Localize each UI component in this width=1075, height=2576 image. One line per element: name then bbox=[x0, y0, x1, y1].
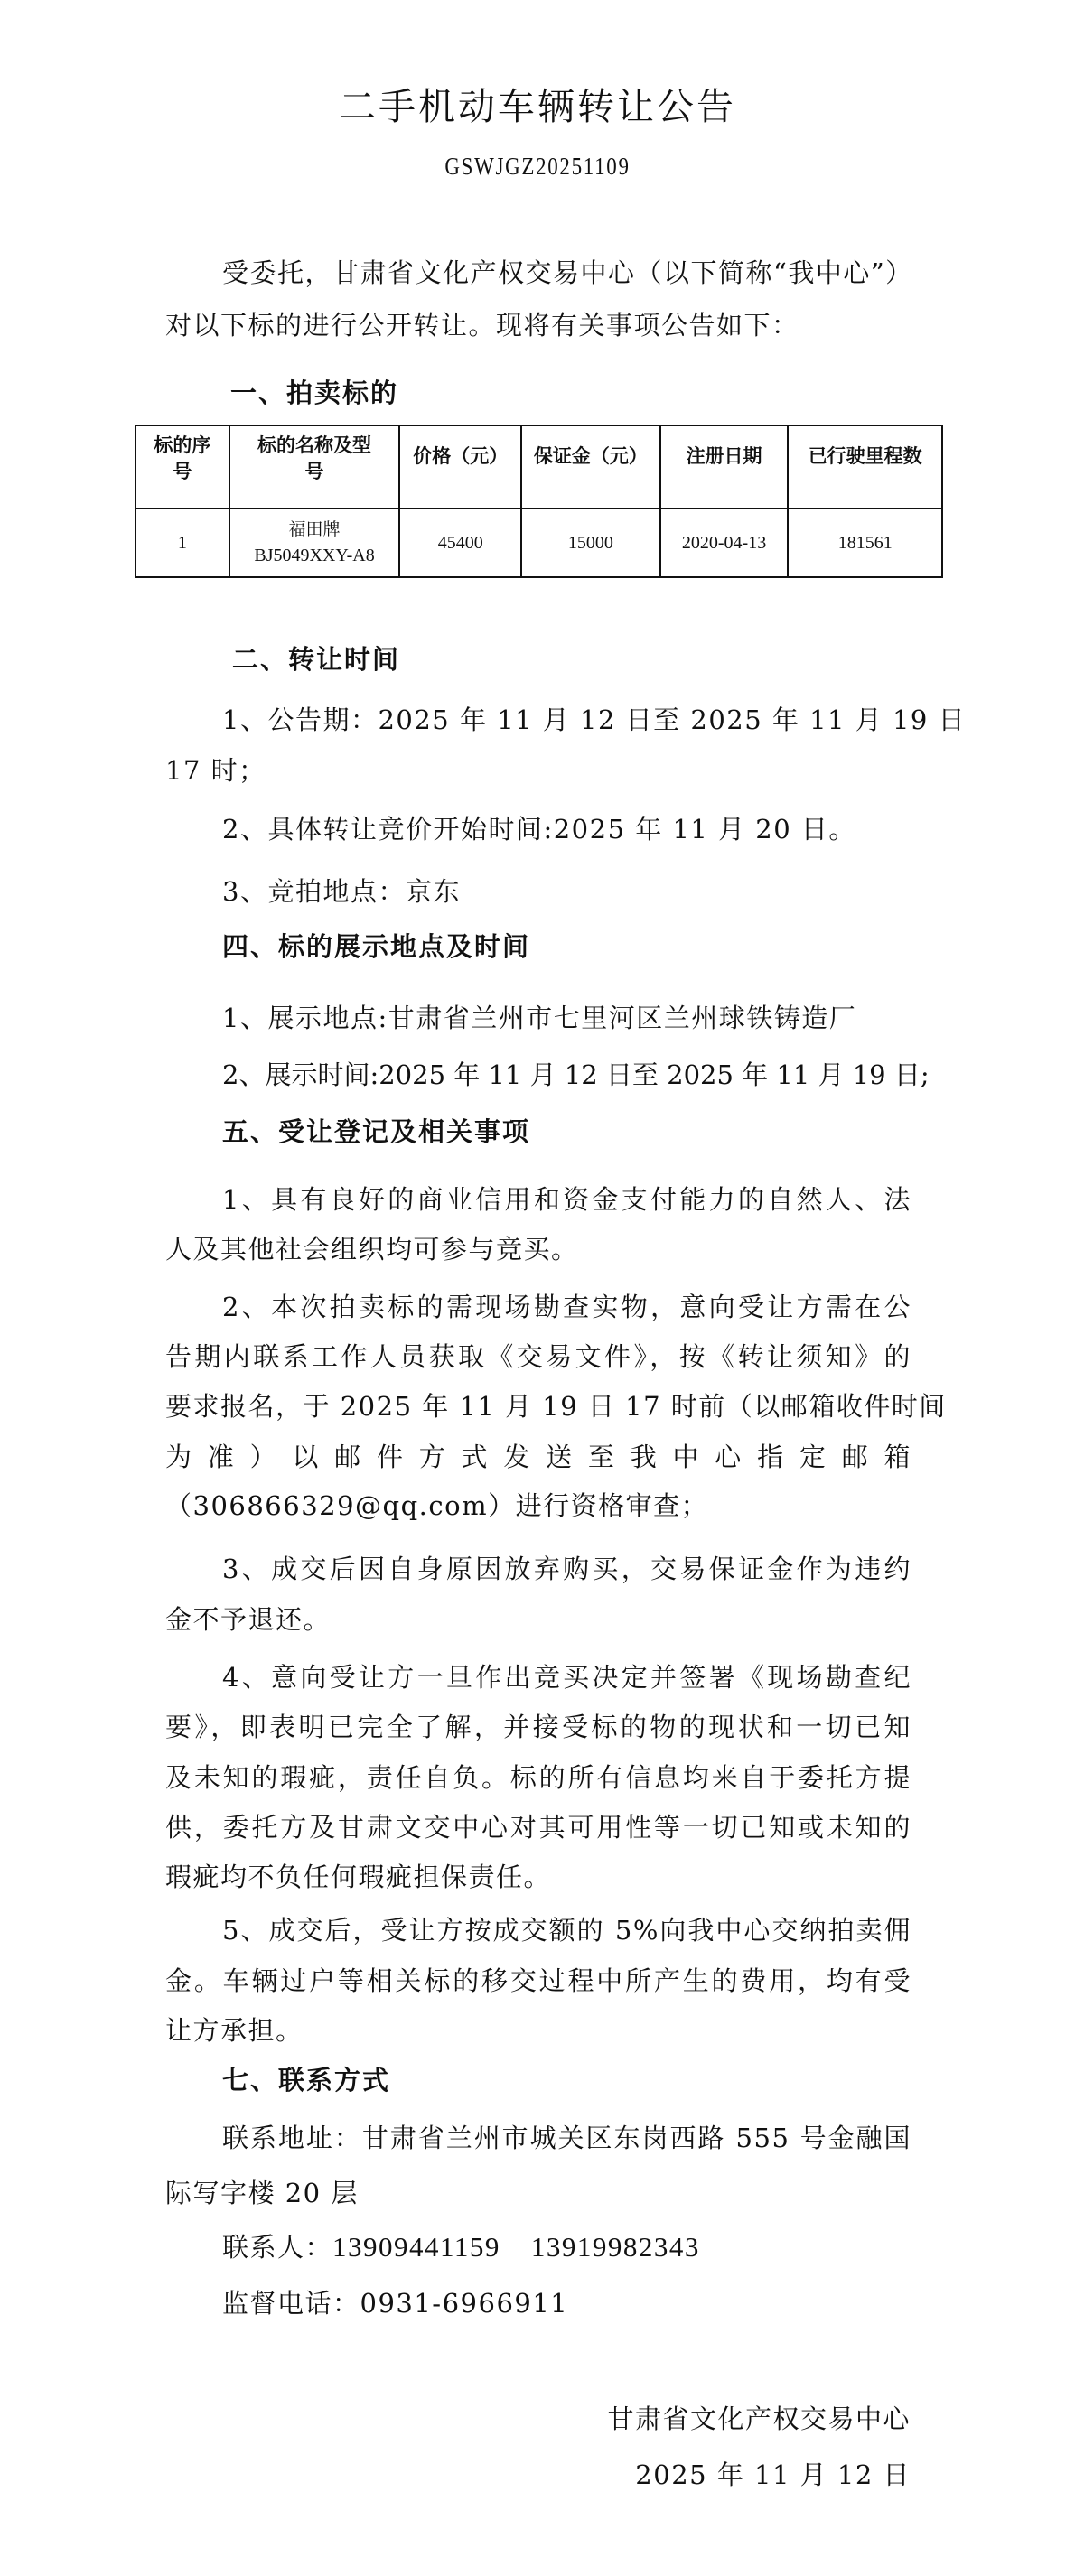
lot-table-header-row: 标的序 号 标的名称及型 号 价格（元） 保证金（元） 注册日期 已行驶里程数 bbox=[136, 425, 942, 509]
signature-date: 2025 年 11 月 12 日 bbox=[635, 2459, 911, 2491]
contact-phone-2[interactable]: 13919982343 bbox=[531, 2231, 700, 2263]
table-row: 1 福田牌 BJ5049XXY-A8 45400 15000 2020-04-1… bbox=[136, 509, 942, 577]
registration-item-3-line-2: 金不予退还。 bbox=[165, 1603, 331, 1636]
registration-item-2-line-3: 要求报名，于 2025 年 11 月 19 日 17 时前（以邮箱收件时间 bbox=[165, 1390, 911, 1423]
lot-model: BJ5049XXY-A8 bbox=[232, 543, 397, 569]
header-lot-index-line1: 标的序 bbox=[138, 432, 227, 458]
contact-address-line-2: 际写字楼 20 层 bbox=[165, 2177, 359, 2209]
cell-lot-index: 1 bbox=[136, 509, 229, 577]
registration-item-4-line-1: 4、意向受让方一旦作出竞买决定并签署《现场勘查纪 bbox=[222, 1661, 911, 1694]
transfer-time-item-3: 3、竞拍地点：京东 bbox=[222, 875, 461, 908]
registration-item-2-line-5: （306866329@qq.com）进行资格审查； bbox=[165, 1489, 708, 1522]
section-heading-transfer-time: 二、转让时间 bbox=[232, 643, 400, 676]
transfer-time-item-2: 2、具体转让竞价开始时间:2025 年 11 月 20 日。 bbox=[222, 813, 856, 845]
cell-deposit: 15000 bbox=[521, 509, 660, 577]
registration-item-2-line-2: 告期内联系工作人员获取《交易文件》，按《转让须知》的 bbox=[165, 1340, 911, 1373]
registration-item-4-line-3: 及未知的瑕疵，责任自负。标的所有信息均来自于委托方提 bbox=[165, 1761, 911, 1794]
announcement-code: GSWJGZ20251109 bbox=[80, 152, 995, 181]
section-heading-display: 四、标的展示地点及时间 bbox=[222, 930, 530, 963]
registration-item-1-line-1: 1、具有良好的商业信用和资金支付能力的自然人、法 bbox=[222, 1183, 911, 1216]
header-lot-name: 标的名称及型 号 bbox=[229, 425, 400, 509]
document-title: 二手机动车辆转让公告 bbox=[0, 85, 1075, 128]
transfer-time-item-1-line-1: 1、公告期：2025 年 11 月 12 日至 2025 年 11 月 19 日 bbox=[222, 704, 911, 736]
cell-price: 45400 bbox=[399, 509, 521, 577]
registration-item-5-line-1: 5、成交后，受让方按成交额的 5%向我中心交纳拍卖佣 bbox=[222, 1914, 911, 1946]
header-deposit: 保证金（元） bbox=[521, 425, 660, 509]
registration-item-5-line-2: 金。车辆过户等相关标的移交过程中所产生的费用，均有受 bbox=[165, 1965, 911, 1997]
registration-item-5-line-3: 让方承担。 bbox=[165, 2014, 304, 2047]
header-price: 价格（元） bbox=[399, 425, 521, 509]
registration-item-4-line-5: 瑕疵均不负任何瑕疵担保责任。 bbox=[165, 1861, 551, 1893]
registration-item-3-line-1: 3、成交后因自身原因放弃购买，交易保证金作为违约 bbox=[222, 1553, 911, 1585]
transfer-time-item-1-line-2: 17 时； bbox=[165, 754, 266, 787]
registration-item-4-line-4: 供，委托方及甘肃文交中心对其可用性等一切已知或未知的 bbox=[165, 1811, 911, 1843]
display-item-1: 1、展示地点:甘肃省兰州市七里河区兰州球铁铸造厂 bbox=[222, 1002, 856, 1034]
section-heading-registration: 五、受让登记及相关事项 bbox=[222, 1115, 530, 1148]
lot-table: 标的序 号 标的名称及型 号 价格（元） 保证金（元） 注册日期 已行驶里程数 … bbox=[135, 425, 943, 578]
lot-brand: 福田牌 bbox=[232, 517, 397, 543]
registration-item-4-line-2: 要》，即表明已完全了解，并接受标的物的现状和一切已知 bbox=[165, 1711, 911, 1743]
header-lot-name-line1: 标的名称及型 bbox=[232, 432, 397, 458]
registration-item-2-line-4: 为准）以邮件方式发送至我中心指定邮箱 bbox=[165, 1441, 911, 1473]
registration-item-2-line-1: 2、本次拍卖标的需现场勘查实物，意向受让方需在公 bbox=[222, 1291, 911, 1323]
supervision-phone: 监督电话：0931-6966911 bbox=[222, 2287, 568, 2319]
header-lot-name-line2: 号 bbox=[232, 458, 397, 484]
registration-item-1-line-2: 人及其他社会组织均可参与竞买。 bbox=[165, 1233, 579, 1265]
header-registration-date: 注册日期 bbox=[660, 425, 789, 509]
contact-phone-1[interactable]: 13909441159 bbox=[332, 2231, 500, 2263]
intro-line-2: 对以下标的进行公开转让。现将有关事项公告如下： bbox=[165, 309, 799, 341]
section-heading-contact: 七、联系方式 bbox=[222, 2064, 390, 2096]
signature-organization: 甘肃省文化产权交易中心 bbox=[607, 2403, 911, 2435]
cell-registration-date: 2020-04-13 bbox=[660, 509, 789, 577]
header-lot-index-line2: 号 bbox=[138, 458, 227, 484]
contact-persons: 联系人：1390944115913919982343 bbox=[222, 2231, 700, 2263]
display-item-2: 2、展示时间:2025 年 11 月 12 日至 2025 年 11 月 19 … bbox=[222, 1059, 911, 1091]
intro-line-1: 受委托，甘肃省文化产权交易中心（以下简称“我中心”） bbox=[222, 257, 911, 289]
contact-address-line-1: 联系地址：甘肃省兰州市城关区东岗西路 555 号金融国 bbox=[222, 2122, 911, 2154]
cell-lot-name: 福田牌 BJ5049XXY-A8 bbox=[229, 509, 400, 577]
contact-persons-label: 联系人： bbox=[222, 2232, 332, 2263]
header-lot-index: 标的序 号 bbox=[136, 425, 229, 509]
section-heading-lot: 一、拍卖标的 bbox=[230, 377, 398, 409]
header-mileage: 已行驶里程数 bbox=[788, 425, 942, 509]
cell-mileage: 181561 bbox=[788, 509, 942, 577]
